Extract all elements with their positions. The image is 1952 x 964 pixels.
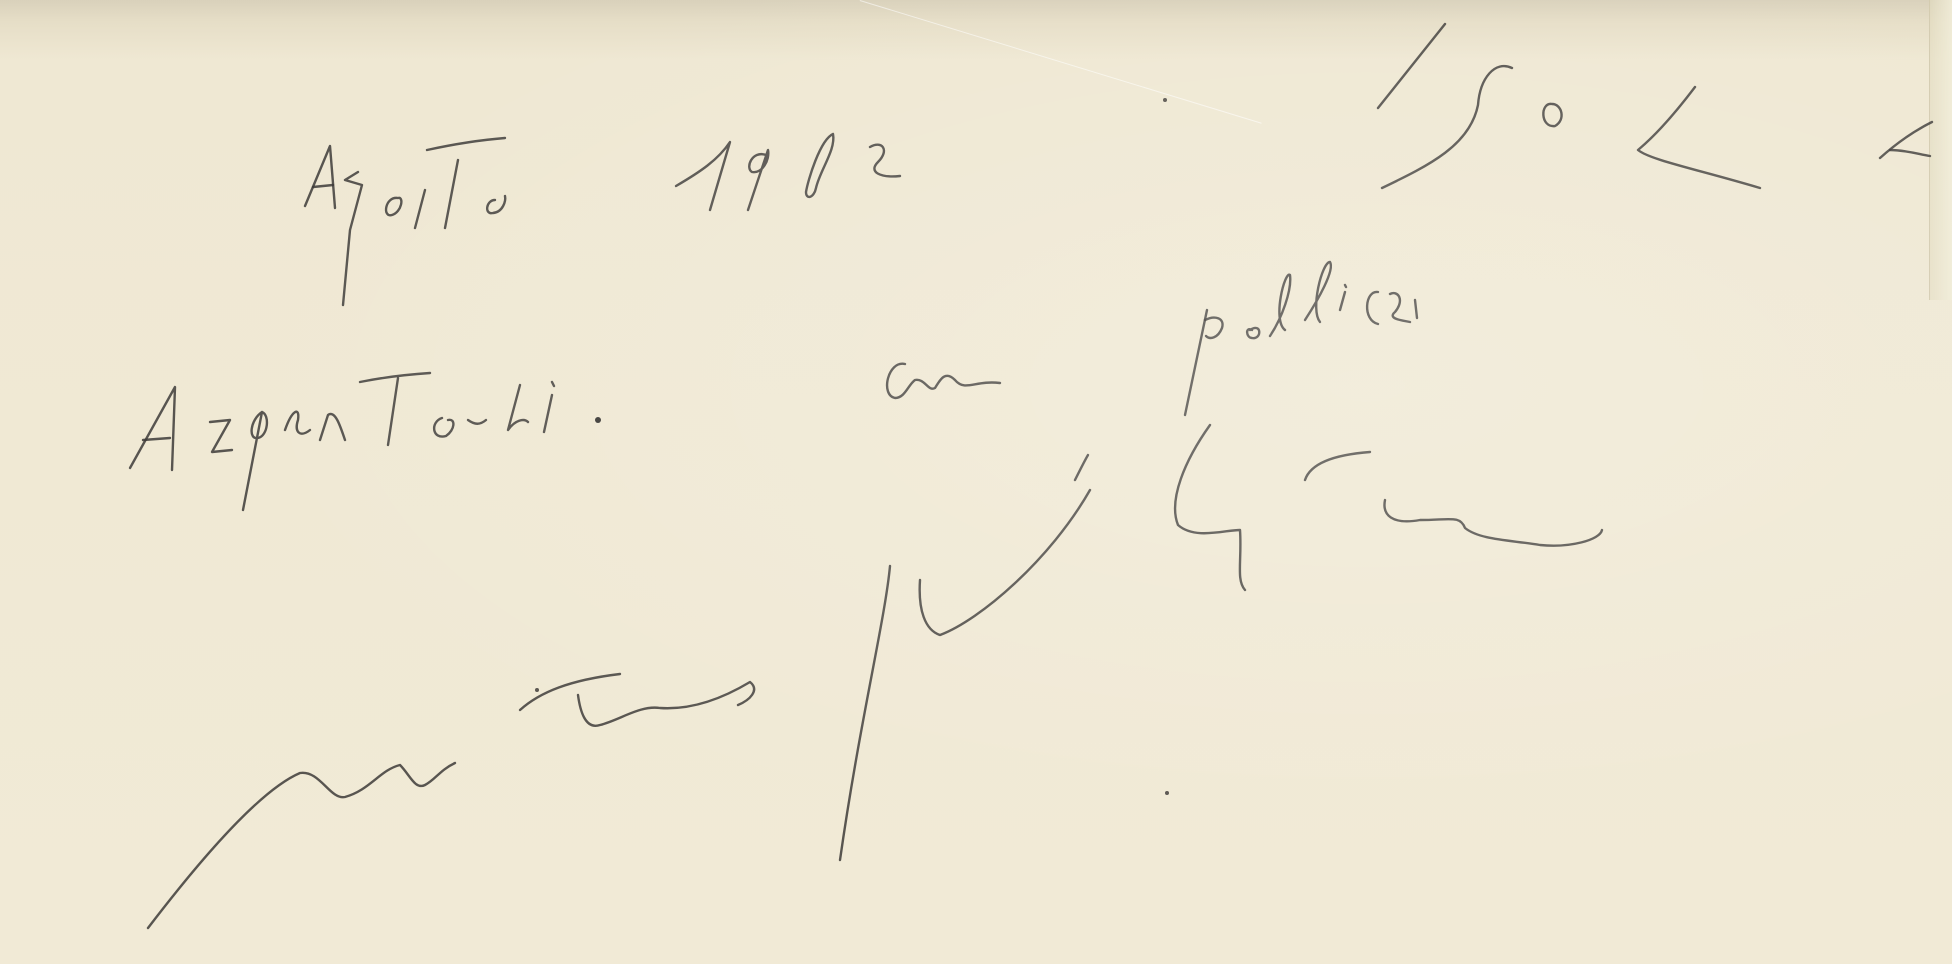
handwriting-pellicce xyxy=(1185,262,1417,415)
handwritten-note-sheet: Agosto 1982 Argentario. con pellicce Iso… xyxy=(0,0,1952,964)
signature-scribbles xyxy=(148,425,1602,928)
paper-speck xyxy=(535,688,539,692)
handwriting-argentario xyxy=(130,373,601,510)
handwriting-agosto xyxy=(305,138,505,305)
handwriting-con xyxy=(887,364,1000,398)
handwriting-isola xyxy=(1378,24,1932,188)
handwriting-strokes xyxy=(0,0,1952,964)
paper-speck xyxy=(1163,98,1167,102)
paper-speck xyxy=(1165,791,1169,795)
handwriting-1982 xyxy=(676,134,900,210)
